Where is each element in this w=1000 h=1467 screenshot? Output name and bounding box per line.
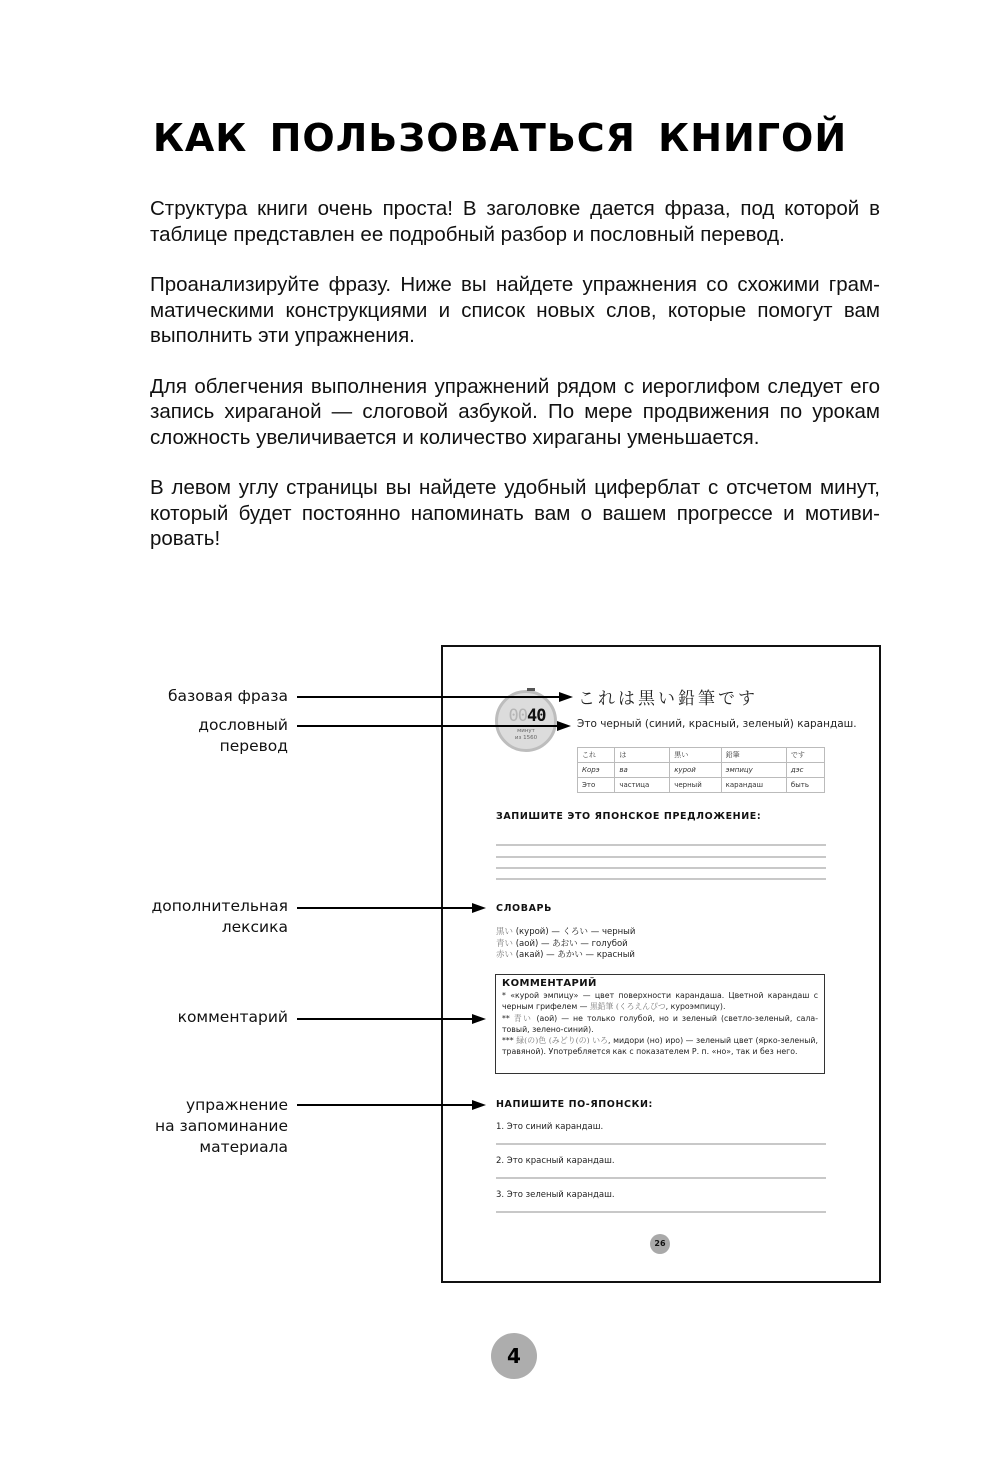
arrow-right-icon	[472, 1100, 486, 1110]
page-number: 4	[491, 1333, 537, 1379]
table-cell: частица	[615, 778, 670, 793]
sample-page-number: 26	[650, 1234, 670, 1254]
comment-heading: КОММЕНТАРИЙ	[502, 978, 818, 990]
table-cell: карандаш	[721, 778, 786, 793]
writing-line	[496, 1177, 826, 1179]
literal-translation: Это черный (синий, красный, зеленый) кар…	[577, 718, 857, 730]
comment-box: КОММЕНТАРИЙ * «курой эмпицу» — цвет пове…	[495, 974, 825, 1074]
comment-note-2: ** 青い (аой) — не только голубой, но и зе…	[502, 1013, 818, 1036]
leader-line	[297, 696, 561, 698]
arrow-right-icon	[472, 1014, 486, 1024]
table-row: これ は 黒い 鉛筆 です	[578, 748, 825, 763]
comment-note-3: *** 緑(の)色 (みどり(の) いろ, мидори (но) иро) —…	[502, 1035, 818, 1058]
exercise-heading: НАПИШИТЕ ПО-ЯПОНСКИ:	[496, 1099, 653, 1110]
timer-notch-icon	[527, 688, 535, 691]
arrow-right-icon	[557, 721, 571, 731]
vocab-list: 黒い (курой) — くろい — черный 青い (аой) — あおい…	[496, 927, 635, 962]
vocab-kanji: 青い	[496, 939, 513, 949]
table-cell: дэс	[786, 763, 824, 778]
arrow-right-icon	[559, 692, 573, 702]
leader-line	[297, 907, 473, 909]
callout-line: перевод	[198, 736, 288, 757]
list-item: 青い (аой) — あおい — голубой	[496, 939, 635, 951]
intro-paragraph-4: В левом углу страницы вы найдете удобный…	[150, 475, 880, 552]
vocab-heading: СЛОВАРЬ	[496, 903, 552, 914]
callout-line: упражнение	[155, 1095, 288, 1116]
list-item: 黒い (курой) — くろい — черный	[496, 927, 635, 939]
writing-line	[496, 1143, 826, 1145]
table-cell: 鉛筆	[721, 748, 786, 763]
vocab-gloss: (акай) — あかい — красный	[513, 950, 635, 960]
timer-label: минут из 1560	[500, 728, 552, 742]
callout-line: дополнительная	[152, 896, 289, 917]
writing-line	[496, 878, 826, 880]
timer-digits-lit: 40	[527, 706, 545, 726]
writing-line	[496, 867, 826, 869]
table-cell: эмпицу	[721, 763, 786, 778]
callout-comment: комментарий	[178, 1007, 288, 1028]
list-item: 赤い (акай) — あかい — красный	[496, 950, 635, 962]
writing-line	[496, 844, 826, 846]
intro-paragraph-1: Структура книги очень проста! В заголовк…	[150, 196, 880, 247]
table-cell: は	[615, 748, 670, 763]
leader-line	[297, 1018, 473, 1020]
intro-text: Структура книги очень проста! В заголовк…	[150, 196, 880, 577]
writing-line	[496, 1211, 826, 1213]
intro-paragraph-3: Для облегчения выполнения упражнений ряд…	[150, 374, 880, 451]
callout-line: дословный	[198, 715, 288, 736]
callout-extra-vocab: дополнительная лексика	[152, 896, 289, 938]
callout-line: лексика	[152, 917, 289, 938]
table-cell: これ	[578, 748, 615, 763]
table-cell: курой	[670, 763, 721, 778]
vocab-gloss: (аой) — あおい — голубой	[513, 939, 628, 949]
arrow-right-icon	[472, 903, 486, 913]
timer-digits-dim: 00	[509, 706, 527, 726]
timer-label-unit: минут	[500, 728, 552, 735]
vocab-kanji: 黒い	[496, 927, 513, 937]
vocab-kanji: 赤い	[496, 950, 513, 960]
base-phrase-japanese: これは黒い鉛筆です	[578, 684, 758, 709]
callout-literal-translation: дословный перевод	[198, 715, 288, 757]
intro-paragraph-2: Проанализируйте фразу. Ниже вы найдете у…	[150, 272, 880, 349]
callout-line: материала	[155, 1137, 288, 1158]
gloss-table: これ は 黒い 鉛筆 です Корэ ва курой эмпицу дэс Э…	[577, 747, 825, 793]
write-sentence-heading: ЗАПИШИТЕ ЭТО ЯПОНСКОЕ ПРЕДЛОЖЕНИЕ:	[496, 811, 761, 822]
table-cell: черный	[670, 778, 721, 793]
comment-note-1: * «курой эмпицу» — цвет поверхности кара…	[502, 990, 818, 1013]
vocab-gloss: (курой) — くろい — черный	[513, 927, 635, 937]
table-cell: 黒い	[670, 748, 721, 763]
exercise-item: 3. Это зеленый карандаш.	[496, 1190, 615, 1200]
writing-line	[496, 856, 826, 858]
table-cell: Корэ	[578, 763, 615, 778]
table-row: Это частица черный карандаш быть	[578, 778, 825, 793]
callout-line: на запоминание	[155, 1116, 288, 1137]
table-cell: быть	[786, 778, 824, 793]
leader-line	[297, 1104, 473, 1106]
page-title: КАК ПОЛЬЗОВАТЬСЯ КНИГОЙ	[0, 116, 1000, 160]
timer-digits: 0040	[502, 706, 552, 726]
timer-label-total: из 1560	[500, 735, 552, 742]
table-cell: ва	[615, 763, 670, 778]
exercise-item: 2. Это красный карандаш.	[496, 1156, 615, 1166]
exercise-item: 1. Это синий карандаш.	[496, 1122, 603, 1132]
callout-base-phrase: базовая фраза	[168, 686, 288, 707]
leader-line	[297, 725, 559, 727]
table-cell: Это	[578, 778, 615, 793]
table-row: Корэ ва курой эмпицу дэс	[578, 763, 825, 778]
table-cell: です	[786, 748, 824, 763]
callout-exercise: упражнение на запоминание материала	[155, 1095, 288, 1158]
